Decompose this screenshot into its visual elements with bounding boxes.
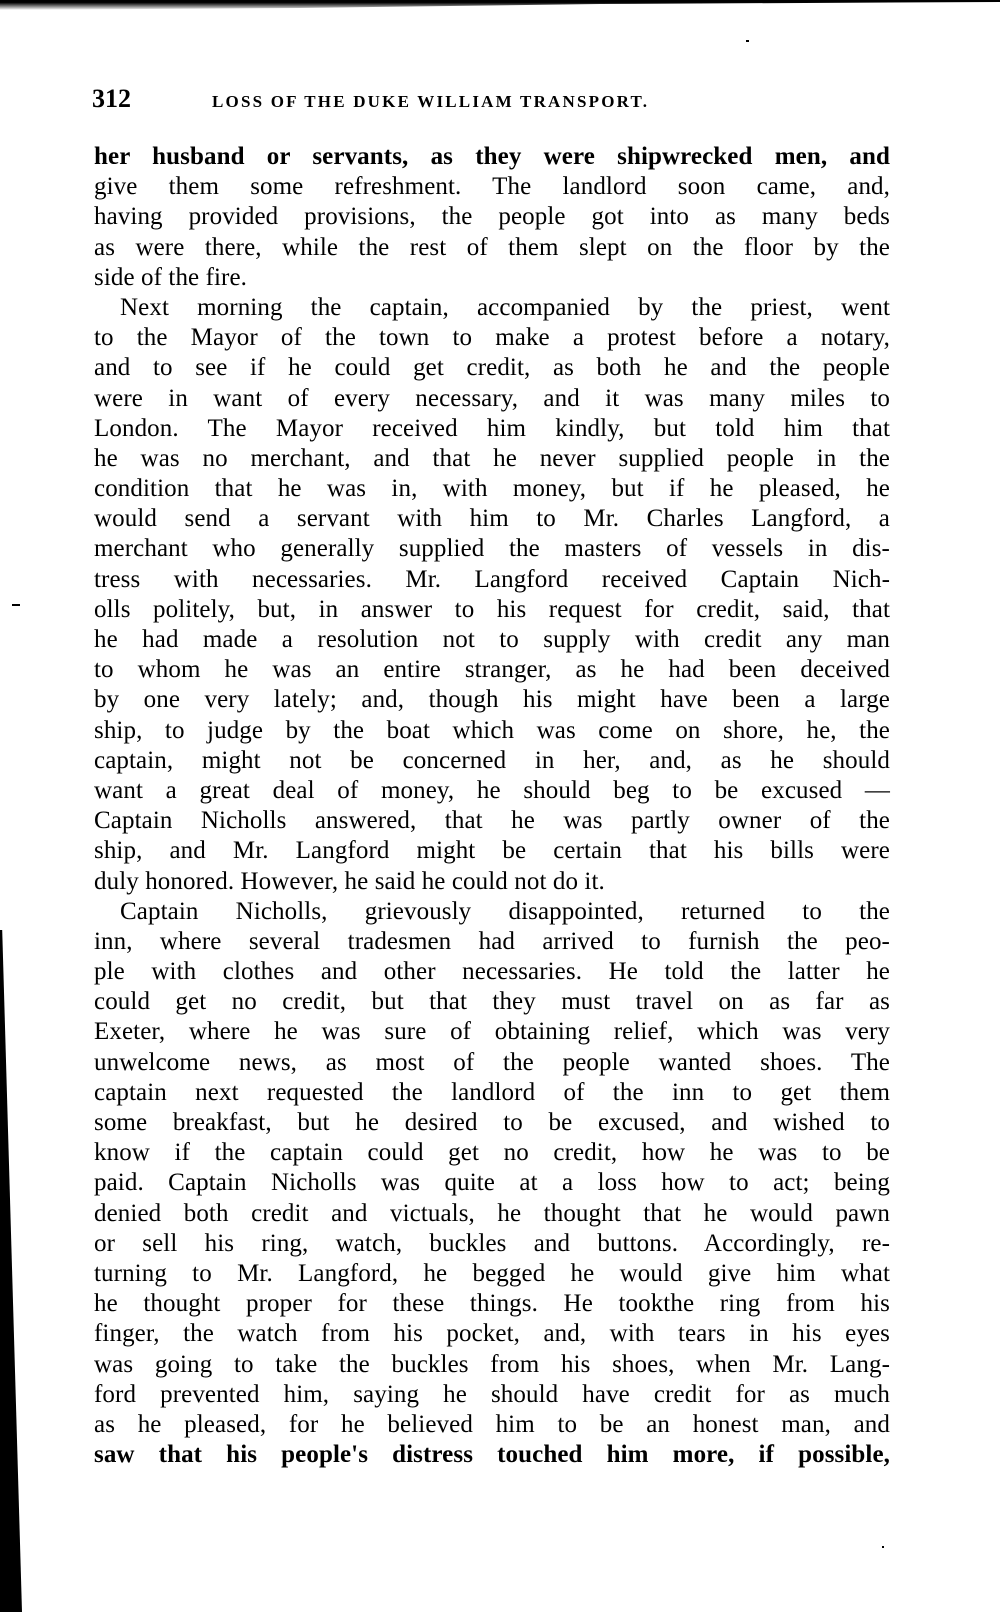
page-header: 312 LOSS OF THE DUKE WILLIAM TRANSPORT.	[92, 84, 912, 114]
text-line: olls politely, but, in answer to his req…	[94, 595, 890, 625]
body-text: her husband or servants, as they were sh…	[94, 142, 890, 1470]
text-line: paid. Captain Nicholls was quite at a lo…	[94, 1168, 890, 1198]
text-line: he was no merchant, and that he never su…	[94, 444, 890, 474]
text-line: ple with clothes and other necessaries. …	[94, 957, 890, 987]
text-line: her husband or servants, as they were sh…	[94, 142, 890, 172]
text-line: inn, where several tradesmen had arrived…	[94, 927, 890, 957]
stray-mark	[746, 40, 749, 42]
text-line: some breakfast, but he desired to be exc…	[94, 1108, 890, 1138]
text-line: tress with necessaries. Mr. Langford rec…	[94, 565, 890, 595]
paragraph-start-line: Captain Nicholls, grievously disappointe…	[94, 897, 890, 927]
text-line: condition that he was in, with money, bu…	[94, 474, 890, 504]
text-line: merchant who generally supplied the mast…	[94, 534, 890, 564]
text-line: London. The Mayor received him kindly, b…	[94, 414, 890, 444]
text-line: by one very lately; and, though his migh…	[94, 685, 890, 715]
text-line: want a great deal of money, he should be…	[94, 776, 890, 806]
text-line: to the Mayor of the town to make a prote…	[94, 323, 890, 353]
text-line: unwelcome news, as most of the people wa…	[94, 1048, 890, 1078]
text-line: captain, might not be concerned in her, …	[94, 746, 890, 776]
text-line: could get no credit, but that they must …	[94, 987, 890, 1017]
text-line: ford prevented him, saying he should hav…	[94, 1380, 890, 1410]
page-number: 312	[92, 84, 212, 114]
text-line: he had made a resolution not to supply w…	[94, 625, 890, 655]
text-line: to whom he was an entire stranger, as he…	[94, 655, 890, 685]
text-line: captain next requested the landlord of t…	[94, 1078, 890, 1108]
paragraph-start-line: Next morning the captain, accompanied by…	[94, 293, 890, 323]
text-line: denied both credit and victuals, he thou…	[94, 1199, 890, 1229]
text-line: Exeter, where he was sure of obtaining r…	[94, 1017, 890, 1047]
text-line: Captain Nicholls answered, that he was p…	[94, 806, 890, 836]
text-line: as he pleased, for he believed him to be…	[94, 1410, 890, 1440]
text-line: turning to Mr. Langford, he begged he wo…	[94, 1259, 890, 1289]
text-line: he thought proper for these things. He t…	[94, 1289, 890, 1319]
stray-mark	[12, 604, 20, 606]
text-line: ship, and Mr. Langford might be certain …	[94, 836, 890, 866]
text-line: and to see if he could get credit, as bo…	[94, 353, 890, 383]
paragraph-end-line: duly honored. However, he said he could …	[94, 867, 890, 897]
text-line: or sell his ring, watch, buckles and but…	[94, 1229, 890, 1259]
text-line: as were there, while the rest of them sl…	[94, 233, 890, 263]
text-line: were in want of every necessary, and it …	[94, 384, 890, 414]
text-line: finger, the watch from his pocket, and, …	[94, 1319, 890, 1349]
text-line: would send a servant with him to Mr. Cha…	[94, 504, 890, 534]
stray-mark	[882, 1546, 884, 1548]
scan-left-edge-artifact	[0, 930, 22, 1612]
text-line: know if the captain could get no credit,…	[94, 1138, 890, 1168]
text-line: saw that his people's distress touched h…	[94, 1440, 890, 1470]
text-line: was going to take the buckles from his s…	[94, 1350, 890, 1380]
text-line: ship, to judge by the boat which was com…	[94, 716, 890, 746]
text-line: give them some refreshment. The landlord…	[94, 172, 890, 202]
running-head: LOSS OF THE DUKE WILLIAM TRANSPORT.	[212, 92, 649, 112]
text-line: having provided provisions, the people g…	[94, 202, 890, 232]
paragraph-end-line: side of the fire.	[94, 263, 890, 293]
scan-top-edge-artifact	[0, 0, 1000, 10]
